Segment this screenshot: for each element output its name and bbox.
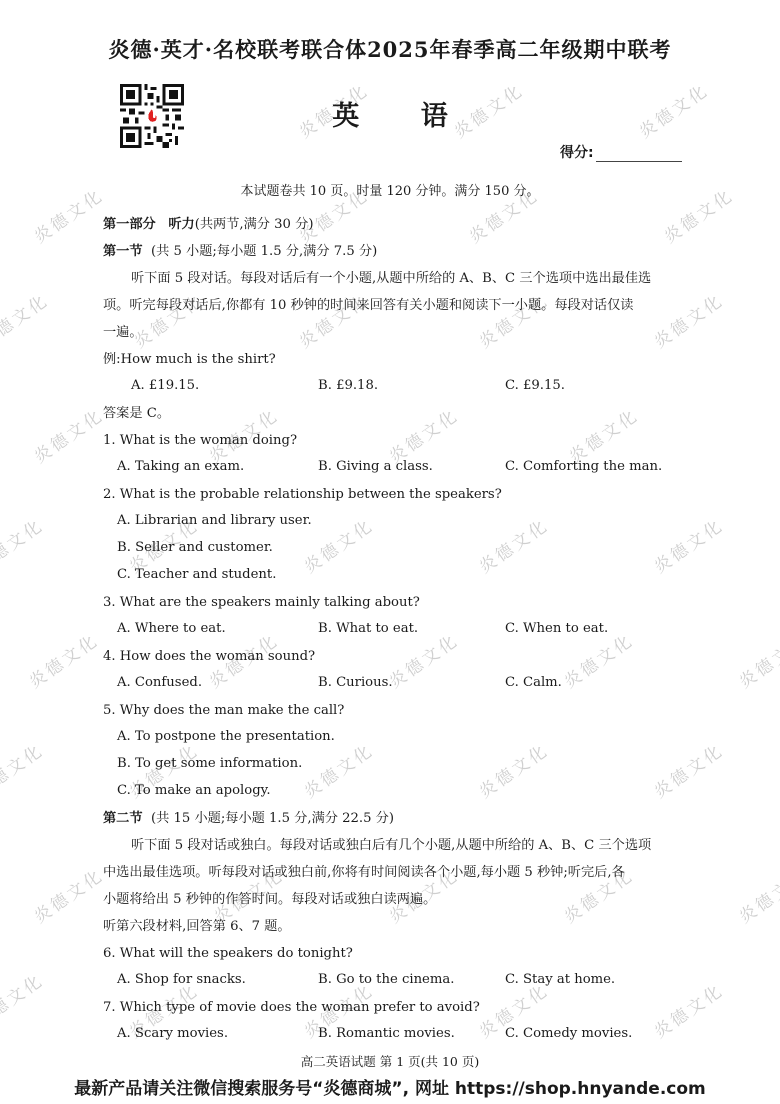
question-1-option-a: A. Taking an exam. bbox=[117, 459, 244, 474]
question-2-option-c: C. Teacher and student. bbox=[117, 567, 276, 582]
watermark: 炎德文化 bbox=[0, 511, 48, 577]
part1-subtitle: 听力 bbox=[168, 217, 194, 232]
watermark: 炎德文化 bbox=[563, 401, 643, 467]
example-question: 例:How much is the shirt? bbox=[103, 351, 276, 369]
watermark: 炎德文化 bbox=[0, 736, 48, 802]
question-5-option-c: C. To make an apology. bbox=[117, 783, 271, 798]
question-2-option-a: A. Librarian and library user. bbox=[117, 513, 312, 528]
part1-title: 第一部分 bbox=[103, 217, 156, 232]
question-4-option-c: C. Calm. bbox=[505, 675, 562, 690]
example-option-a: A. £19.15. bbox=[131, 378, 199, 393]
watermark: 炎德文化 bbox=[648, 736, 728, 802]
watermark: 炎德文化 bbox=[733, 861, 780, 927]
example-answer: 答案是 C。 bbox=[103, 405, 170, 423]
question-3-option-a: A. Where to eat. bbox=[117, 621, 226, 636]
question-7-option-a: A. Scary movies. bbox=[117, 1026, 228, 1041]
question-6: 6. What will the speakers do tonight? bbox=[103, 945, 353, 963]
watermark: 炎德文化 bbox=[733, 626, 780, 692]
watermark: 炎德文化 bbox=[558, 626, 638, 692]
exam-page: 炎德文化 炎德文化 炎德文化 炎德文化 炎德文化 炎德文化 炎德文化 炎德文化 … bbox=[0, 0, 780, 1104]
question-7-option-b: B. Romantic movies. bbox=[318, 1026, 455, 1041]
section1-note: (共 5 小题;每小题 1.5 分,满分 7.5 分) bbox=[151, 244, 377, 259]
section1-instruction-line: 项。听完每段对话后,你都有 10 秒钟的时间来回答有关小题和阅读下一小题。每段对… bbox=[103, 297, 633, 315]
section1-heading: 第一节 (共 5 小题;每小题 1.5 分,满分 7.5 分) bbox=[103, 243, 377, 261]
question-5-option-a: A. To postpone the presentation. bbox=[117, 729, 335, 744]
watermark: 炎德文化 bbox=[0, 966, 48, 1032]
question-6-option-b: B. Go to the cinema. bbox=[318, 972, 454, 987]
example-option-b: B. £9.18. bbox=[318, 378, 378, 393]
score-blank[interactable] bbox=[596, 147, 682, 162]
watermark: 炎德文化 bbox=[648, 511, 728, 577]
watermark: 炎德文化 bbox=[648, 286, 728, 352]
example-option-c: C. £9.15. bbox=[505, 378, 565, 393]
score-label: 得分: bbox=[560, 145, 594, 161]
material-note: 听第六段材料,回答第 6、7 题。 bbox=[103, 918, 291, 936]
question-6-option-c: C. Stay at home. bbox=[505, 972, 615, 987]
part1-note: (共两节,满分 30 分) bbox=[195, 217, 314, 232]
question-6-option-a: A. Shop for snacks. bbox=[117, 972, 246, 987]
question-3-option-b: B. What to eat. bbox=[318, 621, 418, 636]
question-3: 3. What are the speakers mainly talking … bbox=[103, 594, 420, 612]
exam-info: 本试题卷共 10 页。时量 120 分钟。满分 150 分。 bbox=[0, 180, 780, 199]
question-4-option-a: A. Confused. bbox=[117, 675, 202, 690]
watermark: 炎德文化 bbox=[648, 976, 728, 1042]
page-footer: 高二英语试题 第 1 页(共 10 页) bbox=[0, 1052, 780, 1070]
watermark: 炎德文化 bbox=[473, 511, 553, 577]
question-7: 7. Which type of movie does the woman pr… bbox=[103, 999, 480, 1017]
subject-title: 英 语 bbox=[0, 94, 780, 133]
section1-title: 第一节 bbox=[103, 244, 143, 259]
watermark: 炎德文化 bbox=[0, 286, 53, 352]
section2-instruction-line: 小题将给出 5 秒钟的作答时间。每段对话或独白读两遍。 bbox=[103, 891, 436, 909]
watermark: 炎德文化 bbox=[298, 736, 378, 802]
question-4-option-b: B. Curious. bbox=[318, 675, 393, 690]
question-5-option-b: B. To get some information. bbox=[117, 756, 302, 771]
subject-char: 语 bbox=[421, 94, 448, 133]
score-field: 得分: bbox=[560, 142, 682, 162]
watermark: 炎德文化 bbox=[383, 401, 463, 467]
question-7-option-c: C. Comedy movies. bbox=[505, 1026, 632, 1041]
section1-instruction-line: 听下面 5 段对话。每段对话后有一个小题,从题中所给的 A、B、C 三个选项中选… bbox=[131, 270, 651, 288]
section2-note: (共 15 小题;每小题 1.5 分,满分 22.5 分) bbox=[151, 811, 394, 826]
watermark: 炎德文化 bbox=[473, 736, 553, 802]
question-4: 4. How does the woman sound? bbox=[103, 648, 315, 666]
section2-instruction-line: 听下面 5 段对话或独白。每段对话或独白后有几个小题,从题中所给的 A、B、C … bbox=[131, 837, 651, 855]
subject-char: 英 bbox=[332, 94, 359, 133]
promo-banner: 最新产品请关注微信搜索服务号“炎德商城”, 网址 https://shop.hn… bbox=[0, 1074, 780, 1099]
question-5: 5. Why does the man make the call? bbox=[103, 702, 344, 720]
section2-instruction-line: 中选出最佳选项。听每段对话或独白前,你将有时间阅读各个小题,每小题 5 秒钟;听… bbox=[103, 864, 625, 882]
exam-title: 炎德·英才·名校联考联合体2025年春季高二年级期中联考 bbox=[0, 34, 780, 64]
section2-heading: 第二节 (共 15 小题;每小题 1.5 分,满分 22.5 分) bbox=[103, 810, 394, 828]
section2-title: 第二节 bbox=[103, 811, 143, 826]
part1-heading: 第一部分 听力(共两节,满分 30 分) bbox=[103, 216, 313, 234]
question-1-option-c: C. Comforting the man. bbox=[505, 459, 662, 474]
question-1-option-b: B. Giving a class. bbox=[318, 459, 433, 474]
section1-instruction-line: 一遍。 bbox=[103, 324, 143, 342]
watermark: 炎德文化 bbox=[28, 861, 108, 927]
watermark: 炎德文化 bbox=[383, 626, 463, 692]
watermark: 炎德文化 bbox=[28, 401, 108, 467]
watermark: 炎德文化 bbox=[23, 626, 103, 692]
question-3-option-c: C. When to eat. bbox=[505, 621, 608, 636]
question-2-option-b: B. Seller and customer. bbox=[117, 540, 273, 555]
question-2: 2. What is the probable relationship bet… bbox=[103, 486, 502, 504]
question-1: 1. What is the woman doing? bbox=[103, 432, 297, 450]
